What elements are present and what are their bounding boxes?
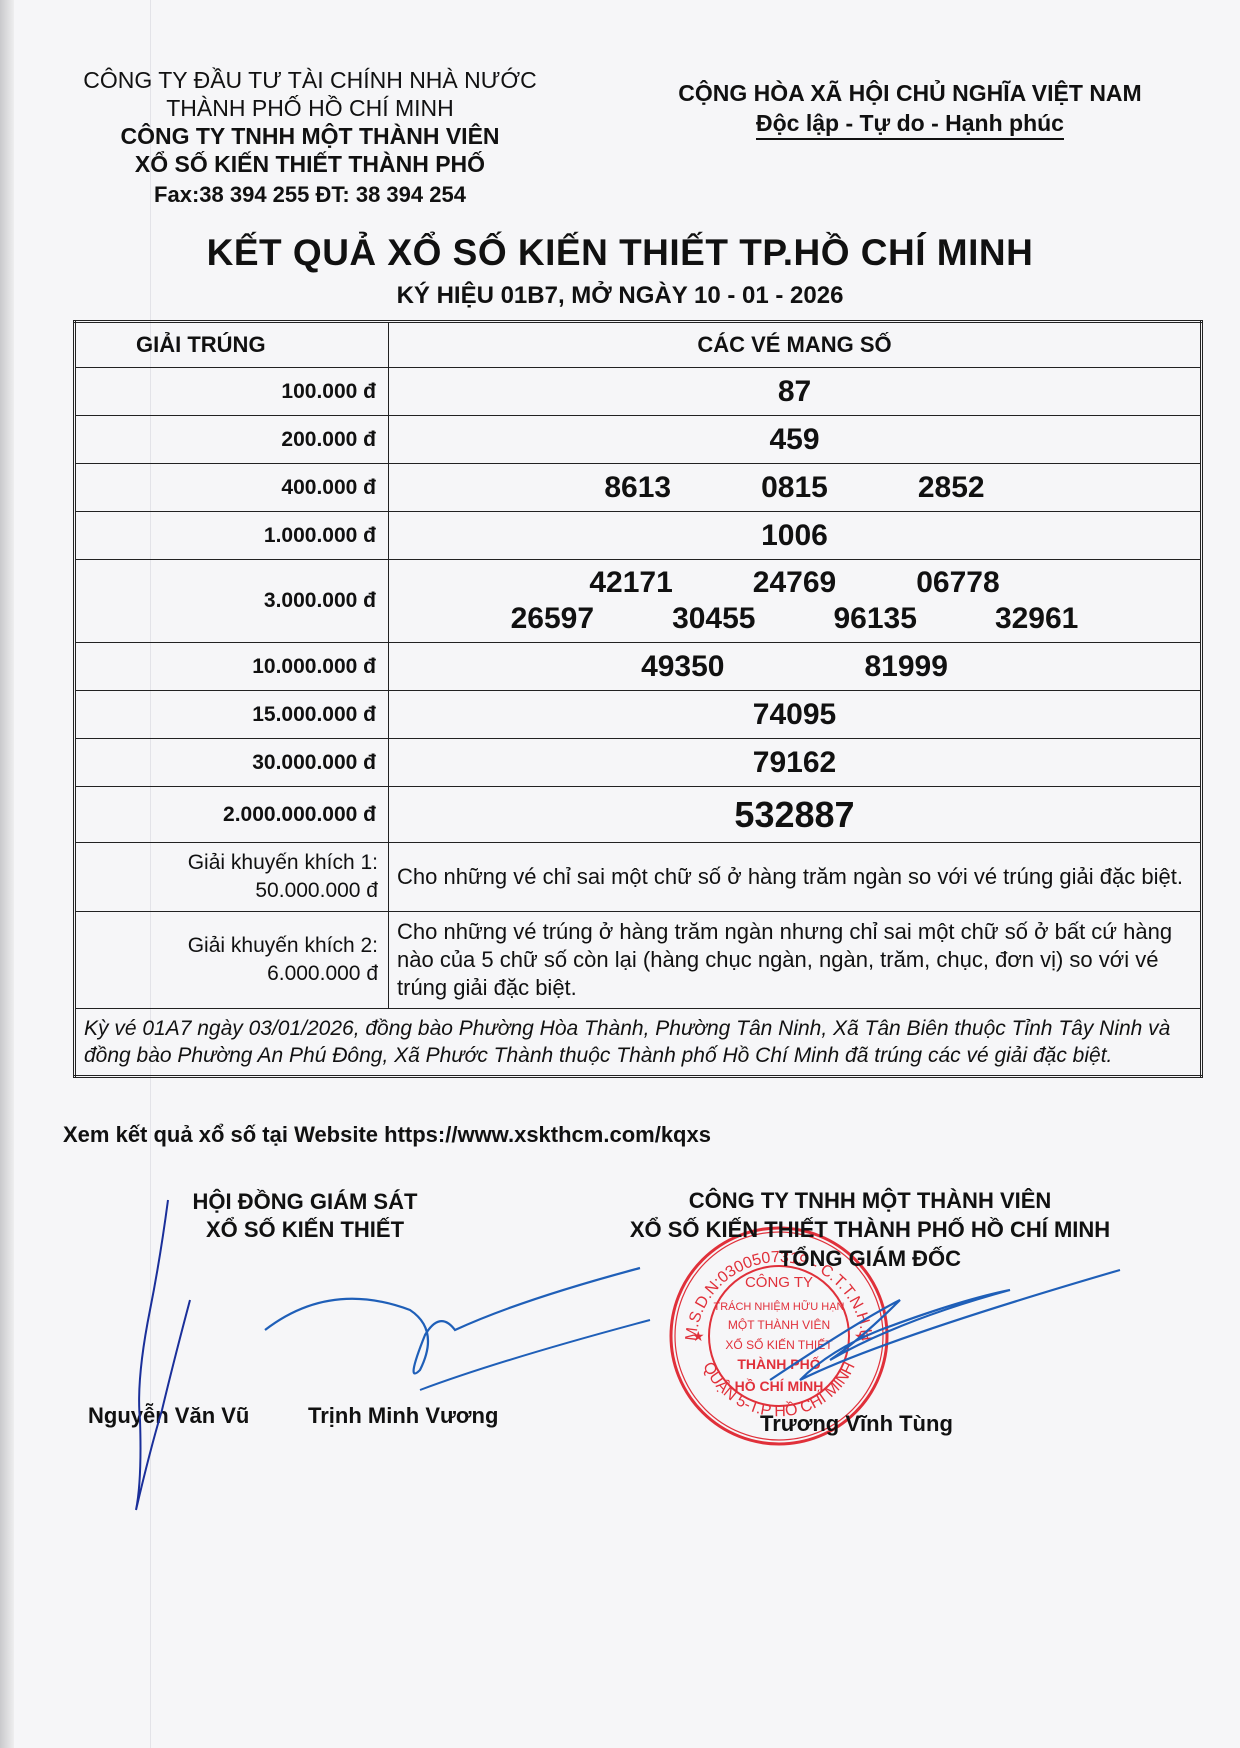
consolation-desc: Cho những vé trúng ở hàng trăm ngàn nhưn… — [389, 912, 1202, 1009]
winning-number: 8613 — [604, 471, 671, 505]
prize-amount: 30.000.000 đ — [75, 739, 389, 787]
svg-text:★: ★ — [692, 1328, 705, 1344]
draw-code-date: KÝ HIỆU 01B7, MỞ NGÀY 10 - 01 - 2026 — [0, 282, 1240, 310]
consolation-amount: 6.000.000 đ — [86, 960, 378, 988]
svg-text:THÀNH PHỐ: THÀNH PHỐ — [737, 1355, 820, 1372]
board-subtitle: XỔ SỐ KIẾN THIẾT — [160, 1216, 450, 1244]
winning-numbers: 4935081999 — [389, 643, 1202, 691]
contact-info: Fax:38 394 255 ĐT: 38 394 254 — [60, 180, 560, 210]
prize-amount: 15.000.000 đ — [75, 691, 389, 739]
prize-amount: 1.000.000 đ — [75, 512, 389, 560]
consolation-label: Giải khuyến khích 1: — [86, 849, 378, 877]
winning-numbers: 861308152852 — [389, 464, 1202, 512]
signer-name-3: Trương Vĩnh Tùng — [760, 1411, 953, 1437]
consolation-amount: 50.000.000 đ — [86, 877, 378, 905]
company-signature-block: CÔNG TY TNHH MỘT THÀNH VIÊN XỔ SỐ KIẾN T… — [580, 1186, 1160, 1273]
winning-number: 49350 — [641, 650, 724, 684]
winning-number: 0815 — [761, 471, 828, 505]
winning-number: 81999 — [865, 650, 948, 684]
consolation-desc: Cho những vé chỉ sai một chữ số ở hàng t… — [389, 843, 1202, 912]
winning-number: 24769 — [753, 566, 836, 600]
winning-numbers: 42171247690677826597304559613532961 — [389, 560, 1202, 643]
jackpot-note-row: Kỳ vé 01A7 ngày 03/01/2026, đồng bào Phư… — [75, 1009, 1202, 1077]
prize-row: 200.000 đ459 — [75, 416, 1202, 464]
prize-row: 1.000.000 đ1006 — [75, 512, 1202, 560]
prize-amount: 3.000.000 đ — [75, 560, 389, 643]
prize-row: 400.000 đ861308152852 — [75, 464, 1202, 512]
signer-name-2: Trịnh Minh Vương — [308, 1403, 498, 1429]
prize-amount: 100.000 đ — [75, 368, 389, 416]
svg-text:CÔNG TY: CÔNG TY — [745, 1274, 813, 1291]
winning-number: 1006 — [761, 519, 828, 553]
winning-number: 2852 — [918, 471, 985, 505]
signer-name-1: Nguyễn Văn Vũ — [88, 1403, 249, 1429]
col-numbers-header: CÁC VÉ MANG SỐ — [389, 322, 1202, 368]
consolation-label: Giải khuyến khích 2: — [86, 932, 378, 960]
winning-number: 74095 — [753, 698, 836, 732]
winning-numbers: 1006 — [389, 512, 1202, 560]
company-title-1: CÔNG TY TNHH MỘT THÀNH VIÊN — [580, 1186, 1160, 1215]
winning-number: 32961 — [995, 602, 1078, 636]
winning-number: 459 — [769, 423, 819, 457]
parent-city: THÀNH PHỐ HỒ CHÍ MINH — [60, 94, 560, 122]
prize-row: 15.000.000 đ74095 — [75, 691, 1202, 739]
consolation-row-1: Giải khuyến khích 1: 50.000.000 đ Cho nh… — [75, 843, 1202, 912]
prize-amount: 200.000 đ — [75, 416, 389, 464]
winning-numbers: 459 — [389, 416, 1202, 464]
svg-text:★: ★ — [854, 1328, 867, 1344]
svg-text:MỘT THÀNH VIÊN: MỘT THÀNH VIÊN — [728, 1317, 830, 1332]
prize-row: 100.000 đ87 — [75, 368, 1202, 416]
prize-row: 30.000.000 đ79162 — [75, 739, 1202, 787]
winning-number: 06778 — [916, 566, 999, 600]
winning-numbers: 87 — [389, 368, 1202, 416]
national-header: CỘNG HÒA XÃ HỘI CHỦ NGHĨA VIỆT NAM Độc l… — [630, 78, 1190, 140]
svg-text:HỒ CHÍ MINH: HỒ CHÍ MINH — [735, 1377, 824, 1394]
winning-numbers: 74095 — [389, 691, 1202, 739]
supervisory-board-block: HỘI ĐỒNG GIÁM SÁT XỔ SỐ KIẾN THIẾT — [160, 1188, 450, 1244]
prize-row: 3.000.000 đ42171247690677826597304559613… — [75, 560, 1202, 643]
prize-row: 10.000.000 đ4935081999 — [75, 643, 1202, 691]
website-link-text: Xem kết quả xổ số tại Website https://ww… — [63, 1122, 711, 1148]
prize-amount: 2.000.000.000 đ — [75, 787, 389, 843]
winning-numbers: 79162 — [389, 739, 1202, 787]
national-motto: Độc lập - Tự do - Hạnh phúc — [756, 108, 1064, 140]
winning-number: 30455 — [672, 602, 755, 636]
document-title: KẾT QUẢ XỔ SỐ KIẾN THIẾT TP.HỒ CHÍ MINH — [0, 232, 1240, 274]
winning-number: 79162 — [753, 746, 836, 780]
director-title: TỔNG GIÁM ĐỐC — [580, 1244, 1160, 1273]
prize-amount: 10.000.000 đ — [75, 643, 389, 691]
table-header: GIẢI TRÚNG CÁC VÉ MANG SỐ — [75, 322, 1202, 368]
winning-number: 87 — [778, 375, 811, 409]
company-name-2: XỔ SỐ KIẾN THIẾT THÀNH PHỐ — [60, 150, 560, 178]
company-name-1: CÔNG TY TNHH MỘT THÀNH VIÊN — [60, 122, 560, 150]
svg-text:TRÁCH NHIỆM HỮU HẠN: TRÁCH NHIỆM HỮU HẠN — [713, 1300, 844, 1313]
jackpot-winner-note: Kỳ vé 01A7 ngày 03/01/2026, đồng bào Phư… — [75, 1009, 1202, 1077]
prize-row: 2.000.000.000 đ532887 — [75, 787, 1202, 843]
svg-text:XỔ SỐ KIẾN THIẾT: XỔ SỐ KIẾN THIẾT — [725, 1337, 833, 1352]
prize-amount: 400.000 đ — [75, 464, 389, 512]
issuer-header: CÔNG TY ĐẦU TƯ TÀI CHÍNH NHÀ NƯỚC THÀNH … — [60, 66, 560, 210]
parent-company: CÔNG TY ĐẦU TƯ TÀI CHÍNH NHÀ NƯỚC — [60, 66, 560, 94]
board-title: HỘI ĐỒNG GIÁM SÁT — [160, 1188, 450, 1216]
col-prize-header: GIẢI TRÚNG — [75, 322, 389, 368]
winning-number: 96135 — [834, 602, 917, 636]
winning-number: 532887 — [734, 794, 854, 836]
winning-number: 26597 — [511, 602, 594, 636]
company-title-2: XỔ SỐ KIẾN THIẾT THÀNH PHỐ HỒ CHÍ MINH — [580, 1215, 1160, 1244]
winning-numbers: 532887 — [389, 787, 1202, 843]
results-table: GIẢI TRÚNG CÁC VÉ MANG SỐ 100.000 đ87200… — [73, 320, 1203, 1078]
winning-number: 42171 — [589, 566, 672, 600]
consolation-row-2: Giải khuyến khích 2: 6.000.000 đ Cho nhữ… — [75, 912, 1202, 1009]
nation-name: CỘNG HÒA XÃ HỘI CHỦ NGHĨA VIỆT NAM — [630, 78, 1190, 108]
